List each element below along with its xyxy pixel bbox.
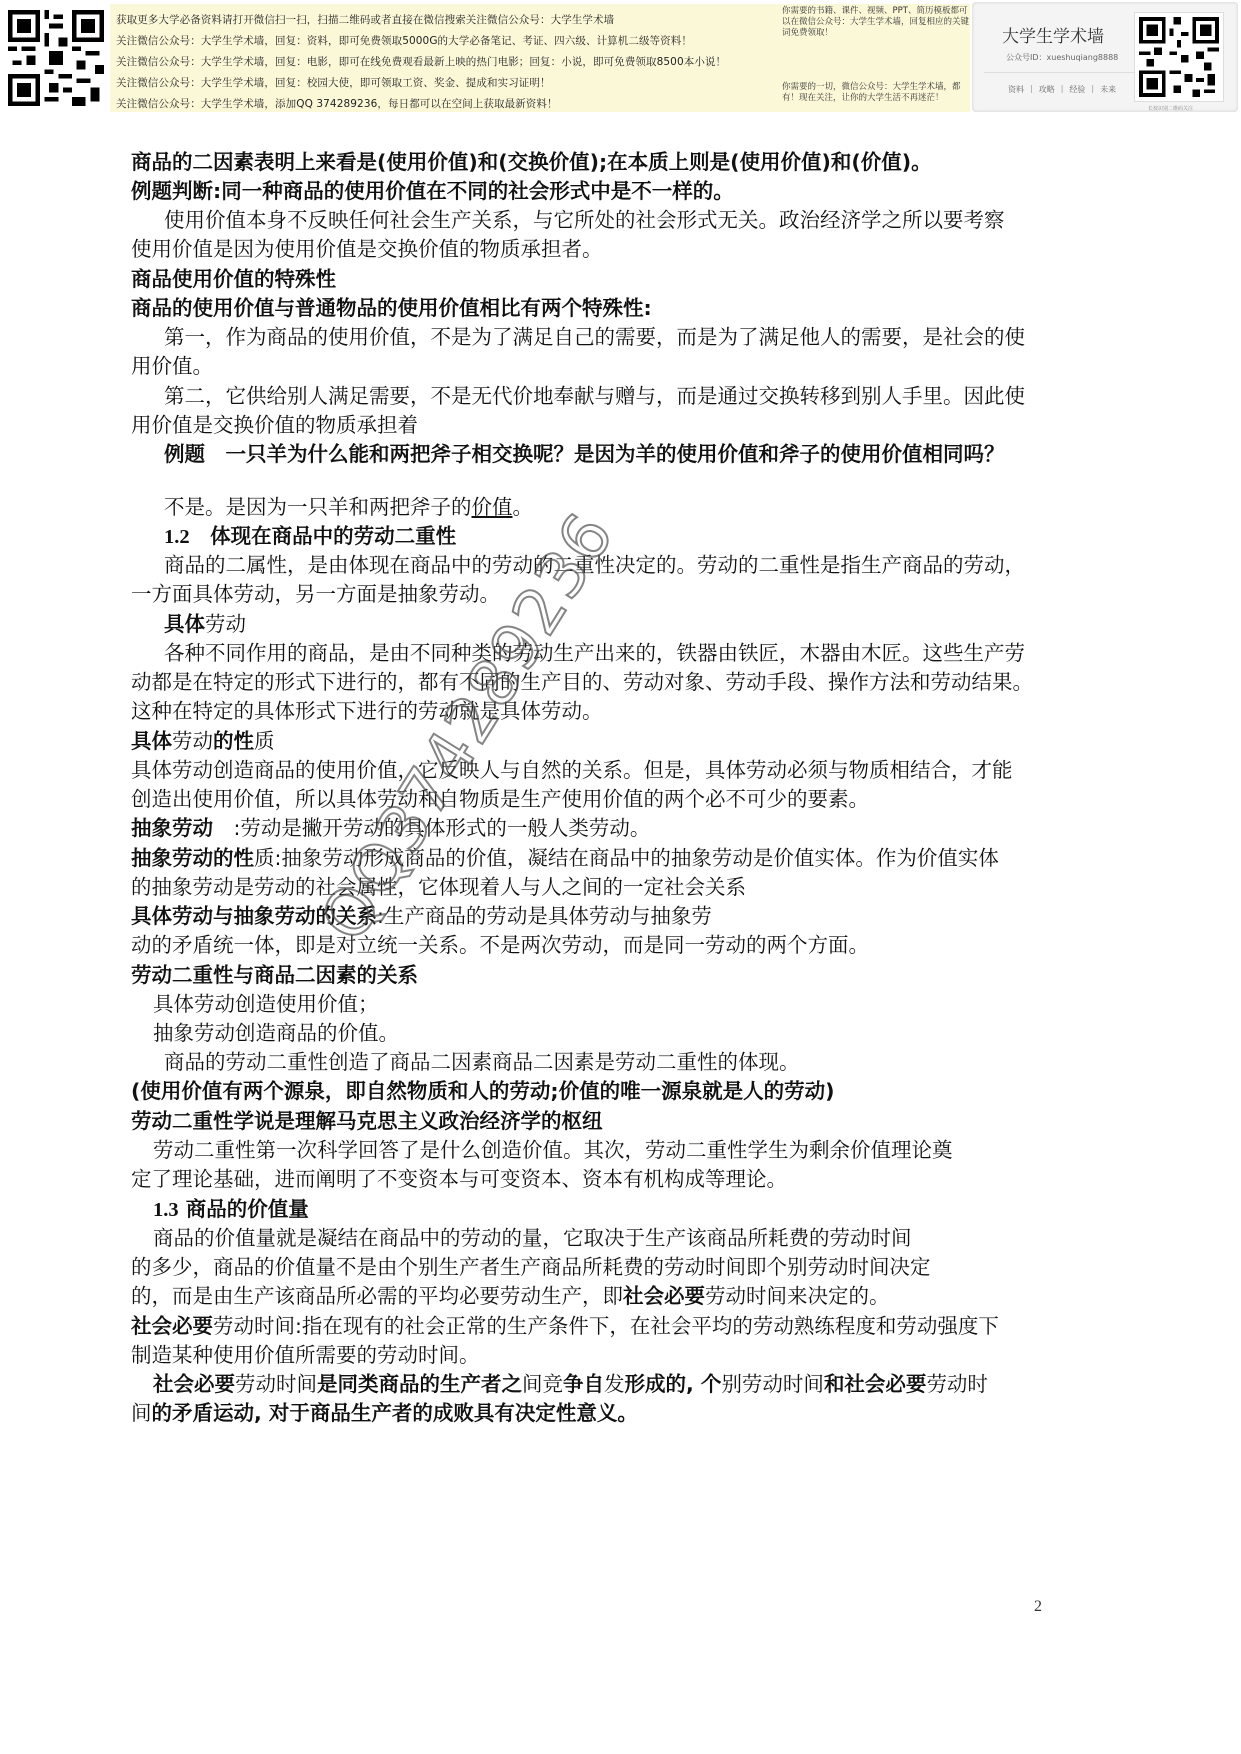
text-segment: 商品的劳动二重性创造了商品二因素商品二因素是劳动二重性的体现。 bbox=[164, 1050, 800, 1074]
ad-banner: 获取更多大学必备资料请打开微信扫一扫，扫描二维码或者直接在微信搜索关注微信公众号… bbox=[0, 0, 1241, 112]
qr-caption: 长按识别二维码关注 bbox=[1148, 105, 1193, 112]
text-line: 动的矛盾统一体，即是对立统一关系。不是两次劳动，而是同一劳动的两个方面。 bbox=[131, 931, 869, 959]
page-number: 2 bbox=[1034, 1598, 1042, 1616]
text-segment: 个 bbox=[694, 1372, 722, 1396]
text-segment: 劳动时间来决定的。 bbox=[705, 1284, 890, 1308]
text-segment: 别劳动时间 bbox=[721, 1372, 824, 1396]
text-line: 例题判断:同一种商品的使用价值在不同的社会形式中是不一样的。 bbox=[131, 177, 734, 205]
text-line: 创造出使用价值，所以具体劳动和自物质是生产使用价值的两个必不可少的要素。 bbox=[131, 785, 869, 813]
text-line: 商品的二属性，是由体现在商品中的劳动的二重性决定的。劳动的二重性是指生产商品的劳… bbox=[164, 551, 1025, 579]
text-line: 抽象劳动创造商品的价值。 bbox=[153, 1019, 399, 1047]
text-segment: 商品使用价值的特殊性 bbox=[131, 267, 336, 291]
text-segment: 例题判断:同一种商品的使用价值在不同的社会形式中是不一样的。 bbox=[131, 179, 734, 203]
text-segment: 动都是在特定的形式下进行的，都有不同的生产目的、劳动对象、劳动手段、操作方法和劳… bbox=[131, 670, 1033, 694]
text-segment: 劳动时间:指在现有的社会正常的生产条件下，在社会平均的劳动熟练程度和劳动强度下 bbox=[213, 1314, 999, 1338]
text-segment: 制造某种使用价值所需要的劳动时间。 bbox=[131, 1343, 480, 1367]
ad-line: 关注微信公众号：大学生学术墙，回复：电影，即可在线免费观看最新上映的热门电影；回… bbox=[116, 54, 726, 69]
text-line: 间的矛盾运动, 对于商品生产者的成败具有决定性意义。 bbox=[131, 1399, 638, 1427]
text-segment: 一方面具体劳动，另一方面是抽象劳动。 bbox=[131, 582, 500, 606]
ad-line: 关注微信公众号：大学生学术墙，回复：校园大使，即可领取工资、奖金、提成和实习证明… bbox=[116, 75, 551, 90]
link-materials[interactable]: 资料 bbox=[1008, 84, 1024, 95]
text-segment: 社会必要 bbox=[153, 1372, 235, 1396]
text-line: 商品的价值量就是凝结在商品中的劳动的量，它取决于生产该商品所耗费的劳动时间 bbox=[153, 1224, 912, 1252]
text-segment: 质:抽象劳动形成商品的价值，凝结在商品中的抽象劳动是价值实体。作为价值实体 bbox=[254, 846, 999, 870]
ad-line: 获取更多大学必备资料请打开微信扫一扫，扫描二维码或者直接在微信搜索关注微信公众号… bbox=[116, 12, 614, 27]
text-segment: :生产商品的劳动是具体劳动与抽象劳 bbox=[377, 904, 712, 928]
ad-side-note: 你需要的书籍、课件、视频、PPT、简历模板都可以在微信公众号：大学生学术墙，回复… bbox=[782, 6, 972, 39]
text-segment: (使用价值有两个源泉，即自然物质和人的劳动;价值的唯一源泉就是人的劳动) bbox=[131, 1079, 834, 1103]
text-segment: 是同类商品的生产者之 bbox=[317, 1372, 522, 1396]
text-segment: 对于商品生产者的成败具有决定性意义。 bbox=[262, 1401, 638, 1425]
text-line: 商品的使用价值与普通物品的使用价值相比有两个特殊性: bbox=[131, 294, 652, 322]
text-line: 例题 一只羊为什么能和两把斧子相交换呢？是因为羊的使用价值和斧子的使用价值相同吗… bbox=[164, 440, 1005, 468]
text-line: 具体劳动与抽象劳动的关系:生产商品的劳动是具体劳动与抽象劳 bbox=[131, 902, 712, 930]
text-segment: 的，而是由生产该商品所必需的平均必要劳动生产，即 bbox=[131, 1284, 623, 1308]
text-segment: 例题 一只羊为什么能和两把斧子相交换呢？是因为羊的使用价值和斧子的使用价值相同吗… bbox=[164, 442, 1005, 466]
text-line: 第二，它供给别人满足需要，不是无代价地奉献与赠与，而是通过交换转移到别人手里。因… bbox=[164, 382, 1025, 410]
text-line: 具体劳动 bbox=[164, 610, 246, 638]
text-segment: 争自 bbox=[563, 1372, 604, 1396]
text-line: 1.2 体现在商品中的劳动二重性 bbox=[164, 522, 456, 551]
text-line: (使用价值有两个源泉，即自然物质和人的劳动;价值的唯一源泉就是人的劳动) bbox=[131, 1077, 834, 1105]
ad-side-note: 你需要的一切，微信公众号：大学生学术墙，都有！现在关注，让你的大学生活不再迷茫！ bbox=[782, 82, 972, 104]
account-id: 公众号ID：xueshuqiang8888 bbox=[1006, 52, 1118, 63]
text-segment: 商品的使用价值与普通物品的使用价值相比有两个特殊性: bbox=[131, 296, 652, 320]
account-name: 大学生学术墙 bbox=[1002, 22, 1104, 47]
wechat-account-card: 大学生学术墙 公众号ID：xueshuqiang8888 资料 | 攻略 | 经… bbox=[972, 2, 1238, 112]
text-segment: 抽象劳动创造商品的价值。 bbox=[153, 1021, 399, 1045]
link-guides[interactable]: 攻略 bbox=[1039, 84, 1055, 95]
text-line: 具体劳动的性质 bbox=[131, 727, 275, 755]
ad-line: 关注微信公众号：大学生学术墙，添加QQ 374289236，每日都可以在空间上获… bbox=[116, 96, 558, 111]
text-segment: :劳动是撇开劳动的具体形式的一般人类劳动。 bbox=[213, 816, 650, 840]
text-line: 劳动二重性第一次科学回答了是什么创造价值。其次，劳动二重性学生为剩余价值理论奠 bbox=[153, 1136, 953, 1164]
link-future[interactable]: 未来 bbox=[1100, 84, 1116, 95]
separator: | bbox=[1061, 84, 1064, 95]
ad-line: 关注微信公众号：大学生学术墙，回复：资料，即可免费领取5000G的大学必备笔记、… bbox=[116, 33, 692, 48]
text-segment: 具体劳动创造使用价值； bbox=[153, 992, 379, 1016]
text-segment: 的多少，商品的价值量不是由个别生产者生产商品所耗费的劳动时间即个别劳动时间决定 bbox=[131, 1255, 931, 1279]
qr-code-icon bbox=[8, 10, 104, 106]
text-segment: 1.2 bbox=[164, 526, 190, 548]
text-line: 用价值是交换价值的物质承担着 bbox=[131, 411, 418, 439]
text-segment: 劳动 bbox=[172, 729, 213, 753]
qr-code-left bbox=[8, 10, 104, 106]
text-segment: 创造出使用价值，所以具体劳动和自物质是生产使用价值的两个必不可少的要素。 bbox=[131, 787, 869, 811]
text-line: 不是。是因为一只羊和两把斧子的价值。 bbox=[164, 493, 533, 521]
text-segment: 第一，作为商品的使用价值，不是为了满足自己的需要，而是为了满足他人的需要，是社会… bbox=[164, 325, 1025, 349]
text-line: 使用价值是因为使用价值是交换价值的物质承担者。 bbox=[131, 235, 603, 263]
text-segment: 间 bbox=[131, 1401, 152, 1425]
text-segment: 这种在特定的具体形式下进行的劳动就是具体劳动。 bbox=[131, 699, 603, 723]
text-line: 劳动二重性学说是理解马克思主义政治经济学的枢纽 bbox=[131, 1107, 603, 1135]
text-line: 用价值。 bbox=[131, 352, 213, 380]
text-segment: 商品的二属性，是由体现在商品中的劳动的二重性决定的。劳动的二重性是指生产商品的劳… bbox=[164, 553, 1025, 577]
text-segment: 的性 bbox=[213, 729, 254, 753]
text-line: 使用价值本身不反映任何社会生产关系，与它所处的社会形式无关。政治经济学之所以要考… bbox=[164, 206, 1005, 234]
text-line: 商品的劳动二重性创造了商品二因素商品二因素是劳动二重性的体现。 bbox=[164, 1048, 800, 1076]
text-segment: 具体劳动创造商品的使用价值，它反映人与自然的关系。但是，具体劳动必须与物质相结合… bbox=[131, 758, 1013, 782]
text-segment: 商品的价值量就是凝结在商品中的劳动的量，它取决于生产该商品所耗费的劳动时间 bbox=[153, 1226, 912, 1250]
text-segment: 不是。是因为一只羊和两把斧子的 bbox=[164, 495, 472, 519]
text-segment: 劳动二重性第一次科学回答了是什么创造价值。其次，劳动二重性学生为剩余价值理论奠 bbox=[153, 1138, 953, 1162]
text-line: 具体劳动创造使用价值； bbox=[153, 990, 379, 1018]
text-segment: 发 bbox=[604, 1372, 625, 1396]
text-segment: 劳动时间 bbox=[235, 1372, 317, 1396]
text-segment: 具体劳动与抽象劳动的关系 bbox=[131, 904, 377, 928]
text-segment: 各种不同作用的商品，是由不同种类的劳动生产出来的，铁器由铁匠，木器由木匠。这些生… bbox=[164, 641, 1025, 665]
text-segment: 的矛盾运动, bbox=[152, 1401, 262, 1425]
text-segment: 的抽象劳动是劳动的社会属性，它体现着人与人之间的一定社会关系 bbox=[131, 875, 746, 899]
text-segment: 劳动二重性与商品二因素的关系 bbox=[131, 963, 418, 987]
text-segment: 1.3 bbox=[153, 1199, 179, 1221]
account-links: 资料 | 攻略 | 经验 | 未来 bbox=[1008, 84, 1116, 95]
text-line: 动都是在特定的形式下进行的，都有不同的生产目的、劳动对象、劳动手段、操作方法和劳… bbox=[131, 668, 1033, 696]
text-segment: 抽象劳动的性 bbox=[131, 846, 254, 870]
text-line: 具体劳动创造商品的使用价值，它反映人与自然的关系。但是，具体劳动必须与物质相结合… bbox=[131, 756, 1013, 784]
text-segment: 劳动时 bbox=[926, 1372, 988, 1396]
text-segment: 间竞 bbox=[522, 1372, 563, 1396]
text-line: 的，而是由生产该商品所必需的平均必要劳动生产，即社会必要劳动时间来决定的。 bbox=[131, 1282, 890, 1310]
text-segment: 劳动二重性学说是理解马克思主义政治经济学的枢纽 bbox=[131, 1109, 603, 1133]
text-segment: 商品的二因素表明上来看是(使用价值)和(交换价值);在本质上则是(使用价值)和(… bbox=[131, 150, 932, 174]
text-segment: 使用价值是因为使用价值是交换价值的物质承担者。 bbox=[131, 237, 603, 261]
text-line: 这种在特定的具体形式下进行的劳动就是具体劳动。 bbox=[131, 697, 603, 725]
text-line: 抽象劳动 :劳动是撇开劳动的具体形式的一般人类劳动。 bbox=[131, 814, 650, 842]
text-line: 第一，作为商品的使用价值，不是为了满足自己的需要，而是为了满足他人的需要，是社会… bbox=[164, 323, 1025, 351]
text-segment: 商品的价值量 bbox=[179, 1197, 309, 1221]
text-line: 的多少，商品的价值量不是由个别生产者生产商品所耗费的劳动时间即个别劳动时间决定 bbox=[131, 1253, 931, 1281]
text-segment: 定了理论基础，进而阐明了不变资本与可变资本、资本有机构成等理论。 bbox=[131, 1167, 787, 1191]
text-segment: 和社会必要 bbox=[824, 1372, 927, 1396]
qr-code-icon bbox=[1139, 17, 1219, 97]
text-line: 抽象劳动的性质:抽象劳动形成商品的价值，凝结在商品中的抽象劳动是价值实体。作为价… bbox=[131, 844, 999, 872]
text-segment: 形成的, bbox=[625, 1372, 694, 1396]
text-segment: 劳动 bbox=[205, 612, 246, 636]
text-segment: 抽象劳动 bbox=[131, 816, 213, 840]
text-segment: 社会必要 bbox=[131, 1314, 213, 1338]
text-segment: 体现在商品中的劳动二重性 bbox=[190, 524, 457, 548]
text-line: 1.3 商品的价值量 bbox=[153, 1195, 309, 1224]
separator: | bbox=[1091, 84, 1094, 95]
text-segment: 具体 bbox=[131, 729, 172, 753]
text-segment: 用价值是交换价值的物质承担着 bbox=[131, 413, 418, 437]
text-line: 商品的二因素表明上来看是(使用价值)和(交换价值);在本质上则是(使用价值)和(… bbox=[131, 148, 932, 176]
text-segment: 社会必要 bbox=[623, 1284, 705, 1308]
text-line: 社会必要劳动时间是同类商品的生产者之间竞争自发形成的, 个别劳动时间和社会必要劳… bbox=[153, 1370, 988, 1398]
divider bbox=[984, 72, 1134, 73]
link-experience[interactable]: 经验 bbox=[1069, 84, 1085, 95]
text-segment: 用价值。 bbox=[131, 354, 213, 378]
text-line: 制造某种使用价值所需要的劳动时间。 bbox=[131, 1341, 480, 1369]
text-line: 一方面具体劳动，另一方面是抽象劳动。 bbox=[131, 580, 500, 608]
text-line: 劳动二重性与商品二因素的关系 bbox=[131, 961, 418, 989]
ad-text-strip: 获取更多大学必备资料请打开微信扫一扫，扫描二维码或者直接在微信搜索关注微信公众号… bbox=[110, 4, 970, 112]
text-segment: 具体 bbox=[164, 612, 205, 636]
text-line: 社会必要劳动时间:指在现有的社会正常的生产条件下，在社会平均的劳动熟练程度和劳动… bbox=[131, 1312, 999, 1340]
qr-code-right bbox=[1134, 12, 1224, 102]
text-segment: 动的矛盾统一体，即是对立统一关系。不是两次劳动，而是同一劳动的两个方面。 bbox=[131, 933, 869, 957]
text-segment: 。 bbox=[513, 495, 534, 519]
text-line: 的抽象劳动是劳动的社会属性，它体现着人与人之间的一定社会关系 bbox=[131, 873, 746, 901]
separator: | bbox=[1030, 84, 1033, 95]
text-line: 商品使用价值的特殊性 bbox=[131, 265, 336, 293]
text-line: 各种不同作用的商品，是由不同种类的劳动生产出来的，铁器由铁匠，木器由木匠。这些生… bbox=[164, 639, 1025, 667]
text-segment: 价值 bbox=[472, 495, 513, 519]
text-segment: 第二，它供给别人满足需要，不是无代价地奉献与赠与，而是通过交换转移到别人手里。因… bbox=[164, 384, 1025, 408]
text-segment: 使用价值本身不反映任何社会生产关系，与它所处的社会形式无关。政治经济学之所以要考… bbox=[164, 208, 1005, 232]
text-segment: 质 bbox=[254, 729, 275, 753]
text-line: 定了理论基础，进而阐明了不变资本与可变资本、资本有机构成等理论。 bbox=[131, 1165, 787, 1193]
